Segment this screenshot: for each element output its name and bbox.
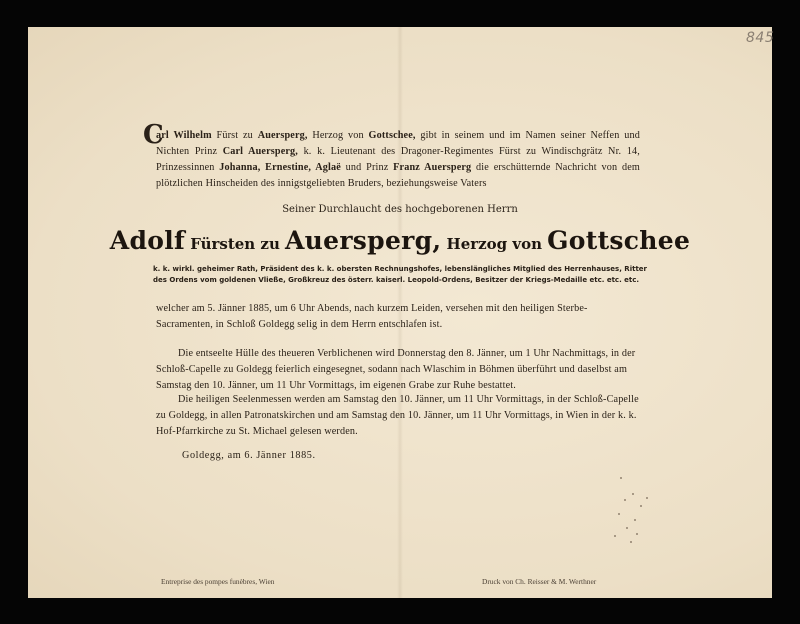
archive-number: 845: [746, 30, 774, 46]
announcer-name: arl Wilhelm: [156, 130, 212, 141]
paper-stains: [610, 475, 650, 545]
deceased-name: Adolf Fürsten zu Auersperg, Herzog von G…: [0, 226, 800, 255]
undertaker-imprint: Entreprise des pompes funèbres, Wien: [161, 577, 274, 586]
announcement-paragraph: arl Wilhelm Fürst zu Auersperg, Herzog v…: [156, 128, 640, 192]
deceased-titles: k. k. wirkl. geheimer Rath, Präsident de…: [153, 264, 647, 286]
death-details-paragraph: welcher am 5. Jänner 1885, um 6 Uhr Aben…: [156, 301, 640, 333]
printer-imprint: Druck von Ch. Reisser & M. Werthner: [482, 577, 596, 586]
requiem-mass-paragraph: Die heiligen Seelenmessen werden am Sams…: [156, 392, 640, 440]
funeral-details-paragraph: Die entseelte Hülle des theueren Verblic…: [156, 346, 640, 394]
place-date-line: Goldegg, am 6. Jänner 1885.: [182, 450, 316, 461]
honorific-heading: Seiner Durchlaucht des hochgeborenen Her…: [0, 204, 800, 215]
